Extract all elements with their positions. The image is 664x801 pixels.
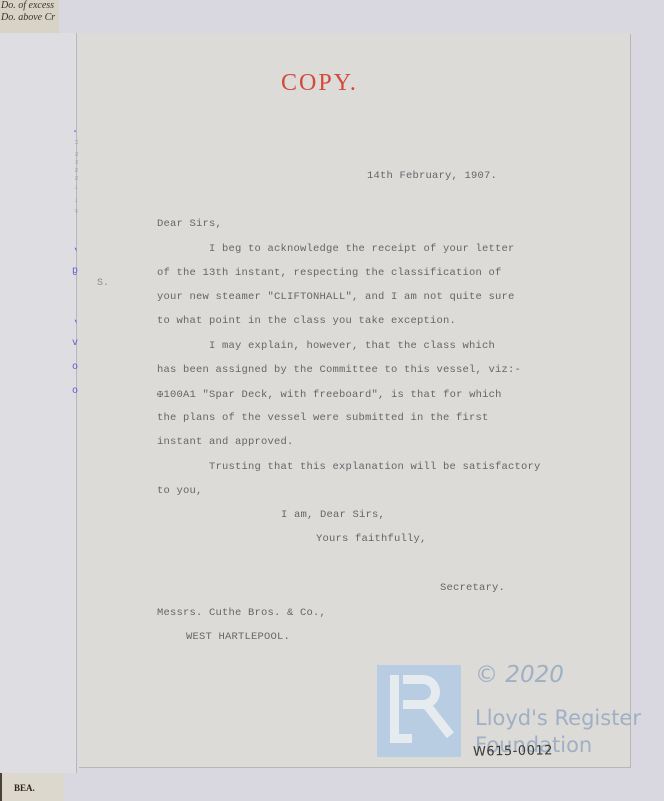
ledger-line: Do. of excess (1, 0, 59, 12)
lr-logo-icon (377, 665, 461, 757)
signatory-title: Secretary. (440, 582, 505, 594)
watermark-copyright: © 2020 (475, 662, 564, 688)
body-line: of the 13th instant, respecting the clas… (157, 267, 502, 279)
body-line: has been assigned by the Committee to th… (157, 364, 521, 376)
body-line: the plans of the vessel were submitted i… (157, 412, 489, 424)
body-line: I may explain, however, that the class w… (157, 340, 495, 352)
watermark-org-name: Lloyd's Register (475, 706, 641, 730)
body-line: Trusting that this explanation will be s… (157, 461, 541, 473)
body-line: to you, (157, 485, 203, 497)
addressee-name: Messrs. Cuthe Bros. & Co., (157, 607, 326, 619)
ledger-line: Do. above Cr (1, 12, 59, 24)
body-line: ✠100A1 "Spar Deck, with freeboard", is t… (157, 388, 502, 401)
letter-date: 14th February, 1907. (367, 170, 497, 182)
body-line: I beg to acknowledge the receipt of your… (157, 243, 515, 255)
left-overlapping-sheet: RB. S & C S BROKERS TS ORTERS HANTS OOL … (0, 33, 76, 773)
body-line: your new steamer "CLIFTONHALL", and I am… (157, 291, 515, 303)
sign-off: Yours faithfully, (316, 533, 427, 545)
archive-reference-handwritten: W615-0012 (473, 743, 553, 759)
ledger-label: BEA. (14, 783, 35, 793)
copy-stamp: COPY. (281, 70, 358, 97)
salutation: Dear Sirs, (157, 218, 222, 230)
body-line: to what point in the class you take exce… (157, 315, 456, 327)
addressee-place: WEST HARTLEPOOL. (186, 631, 290, 643)
closing-line: I am, Dear Sirs, (281, 509, 385, 521)
margin-mark: S. (97, 278, 109, 289)
body-line: instant and approved. (157, 436, 294, 448)
